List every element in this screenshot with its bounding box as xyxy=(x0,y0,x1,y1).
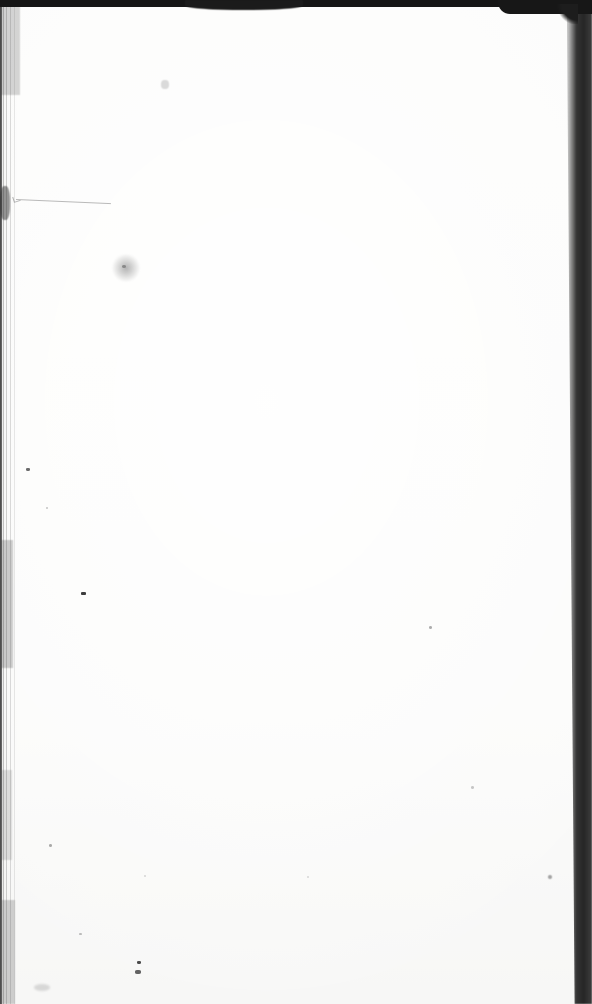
ink-smudge-core xyxy=(122,265,126,268)
left-page-edges-dark-blob xyxy=(0,186,10,220)
dust-speck xyxy=(471,786,474,789)
dust-speck xyxy=(49,844,52,847)
left-page-edges-dark-segment-bottom xyxy=(0,900,15,1004)
dust-speck xyxy=(46,507,48,509)
dust-speck xyxy=(34,984,50,991)
dust-speck xyxy=(548,875,552,879)
dust-speck xyxy=(137,961,141,964)
dust-speck xyxy=(307,876,309,878)
left-page-edges-dark-segment-mid xyxy=(0,540,13,668)
dust-speck xyxy=(144,875,146,877)
dust-speck xyxy=(79,933,82,935)
dust-speck xyxy=(161,80,169,89)
crease-hairline xyxy=(16,199,111,204)
scan-edge-top-bump xyxy=(185,0,303,10)
crease-hairline-tick xyxy=(12,195,21,203)
left-page-edges-dark-segment-top xyxy=(0,0,20,95)
dust-speck xyxy=(81,592,86,595)
left-page-edges-dark-segment-low xyxy=(0,770,12,860)
scan-edge-top-right-corner xyxy=(556,4,578,24)
dust-speck xyxy=(135,970,141,974)
ink-smudge xyxy=(111,254,141,282)
dust-speck xyxy=(26,468,30,471)
dust-speck xyxy=(429,626,432,629)
right-fore-edge-shadow xyxy=(562,0,592,1004)
scanned-page xyxy=(0,0,592,1004)
